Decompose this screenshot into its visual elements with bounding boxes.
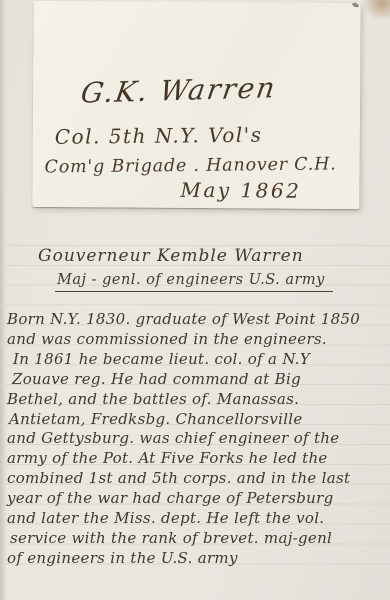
signature: G.K. Warren [79,71,279,110]
page-corner-stain [362,0,390,21]
manuscript-line: combined 1st and 5th corps. and in the l… [7,469,389,489]
card-command-line: Com'g Brigade . Hanover C.H. [44,154,336,177]
manuscript-line: and Gettysburg. was chief engineer of th… [7,429,389,449]
manuscript-line: year of the war had charge of Petersburg [7,489,389,509]
manuscript-line: and was commissioned in the engineers. [7,330,389,350]
manuscript-line: army of the Pot. At Five Forks he led th… [7,449,389,469]
manuscript-line: of engineers in the U.S. army [7,549,389,569]
album-page: G.K. Warren Col. 5th N.Y. Vol's Com'g Br… [0,0,390,600]
manuscript-body: Born N.Y. 1830. graduate of West Point 1… [7,310,389,569]
manuscript-line: Bethel, and the battles of. Manassas. [7,390,389,410]
manuscript-line: and later the Miss. dept. He left the vo… [7,509,389,529]
autograph-card: G.K. Warren Col. 5th N.Y. Vol's Com'g Br… [32,1,360,209]
manuscript-line: Born N.Y. 1830. graduate of West Point 1… [7,310,389,330]
manuscript-line: In 1861 he became lieut. col. of a N.Y [7,350,389,370]
card-date-line: May 1862 [180,178,301,203]
manuscript-line: Antietam, Fredksbg. Chancellorsville [7,410,389,430]
manuscript-line: service with the rank of brevet. maj-gen… [7,529,389,549]
heading-title: Maj - genl. of engineers U.S. army [55,272,333,292]
heading-name: Gouverneur Kemble Warren [38,246,304,266]
manuscript-line: Zouave reg. He had command at Big [7,370,389,390]
card-rank-line: Col. 5th N.Y. Vol's [55,123,263,149]
page-edge [0,0,7,600]
